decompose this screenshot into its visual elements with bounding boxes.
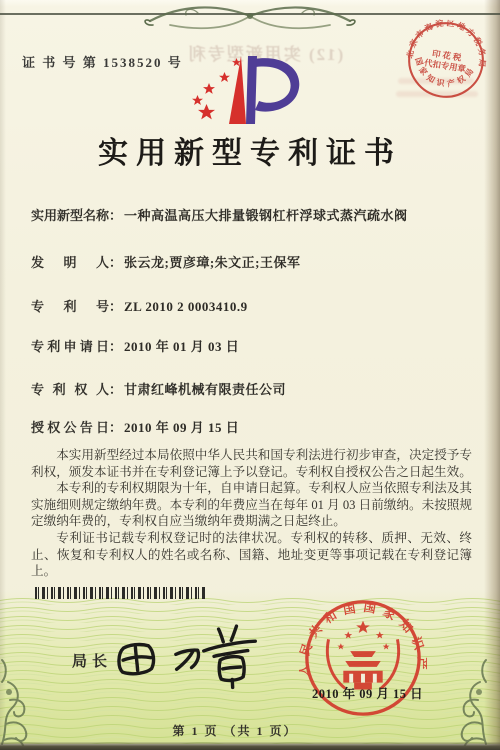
field-row-patentee: 专利权人：甘肃红峰机械有限责任公司 [31,379,286,398]
patent-certificate-page: (12) 实用新型专利 证 书 号 第 1538520 号 北京市海淀区地方 [0,0,500,750]
director-signature [106,614,260,700]
star-icon [192,95,203,105]
field-value: 甘肃红峰机械有限责任公司 [124,382,286,397]
star-icon [198,104,215,119]
flourish-center-dot [247,13,253,19]
body-paragraph-1: 本实用新型经过本局依照中华人民共和国专利法进行初步审查，决定授予专利权，颁发本证… [31,447,472,480]
body-paragraph-3: 专利证书记载专利权登记时的法律状况。专利权的转移、质押、无效、终止、恢复和专利权… [31,530,472,580]
field-label: 专利号 [31,296,109,315]
certificate-body-text: 本实用新型经过本局依照中华人民共和国专利法进行初步审查，决定授予专利权，颁发本证… [31,447,472,580]
field-row-utility-model-name: 实用新型名称：一种高温高压大排量锻钢杠杆浮球式蒸汽疏水阀 [31,205,408,224]
corner-ornament-left [0,636,70,746]
field-label: 专利申请日 [31,336,109,355]
scan-edge-bottom [0,742,500,750]
corner-ornament-right [418,636,488,746]
star-icon [203,83,215,94]
body-paragraph-2: 本专利的专利权期限为十年，自申请日起算。专利权人应当依照专利法及其实施细则规定缴… [31,480,472,530]
field-value: ZL 2010 2 0003410.9 [124,299,248,314]
star-icon [219,72,230,82]
field-row-grant-date: 授权公告日：2010 年 09 月 15 日 [31,417,239,436]
page-number: 第 1 页 （共 1 页） [0,722,470,739]
top-flourish-ornament [140,1,360,35]
field-label: 实用新型名称 [31,205,109,224]
director-title: 局长 [72,650,112,671]
field-colon: ： [109,208,122,223]
field-colon: ： [109,382,122,397]
logo-p-stem [246,56,257,124]
cnipa-office-seal: 中华人民共和国国家知识产权局 [299,594,427,722]
field-colon: ： [109,420,122,435]
document-title: 实用新型专利证书 [0,128,500,172]
field-value: 张云龙;贾彦璋;朱文正;王保军 [124,255,301,270]
field-row-patent-number: 专利号：ZL 2010 2 0003410.9 [31,296,248,315]
field-value: 一种高温高压大排量锻钢杠杆浮球式蒸汽疏水阀 [124,208,408,223]
field-label: 授权公告日 [31,417,109,436]
field-colon: ： [109,339,122,354]
tax-stamp-seal: 北京市海淀区地方税务局 印 花 税 代扣专用章 国家知识产权局 [400,14,492,106]
field-colon: ： [109,255,122,270]
field-value: 2010 年 01 月 03 日 [124,339,239,354]
field-label: 发明人 [31,252,109,271]
field-colon: ： [109,299,122,314]
field-label: 专利权人 [31,379,109,398]
certificate-number: 证 书 号 第 1538520 号 [22,52,183,71]
seal-date: 2010 年 09 月 15 日 [312,684,423,702]
cnipa-logo-icon [186,50,306,130]
field-row-filing-date: 专利申请日：2010 年 01 月 03 日 [31,336,239,355]
barcode [35,587,207,599]
logo-red-wedge [229,56,246,124]
field-value: 2010 年 09 月 15 日 [124,420,239,435]
field-row-inventors: 发明人：张云龙;贾彦璋;朱文正;王保军 [31,252,301,271]
